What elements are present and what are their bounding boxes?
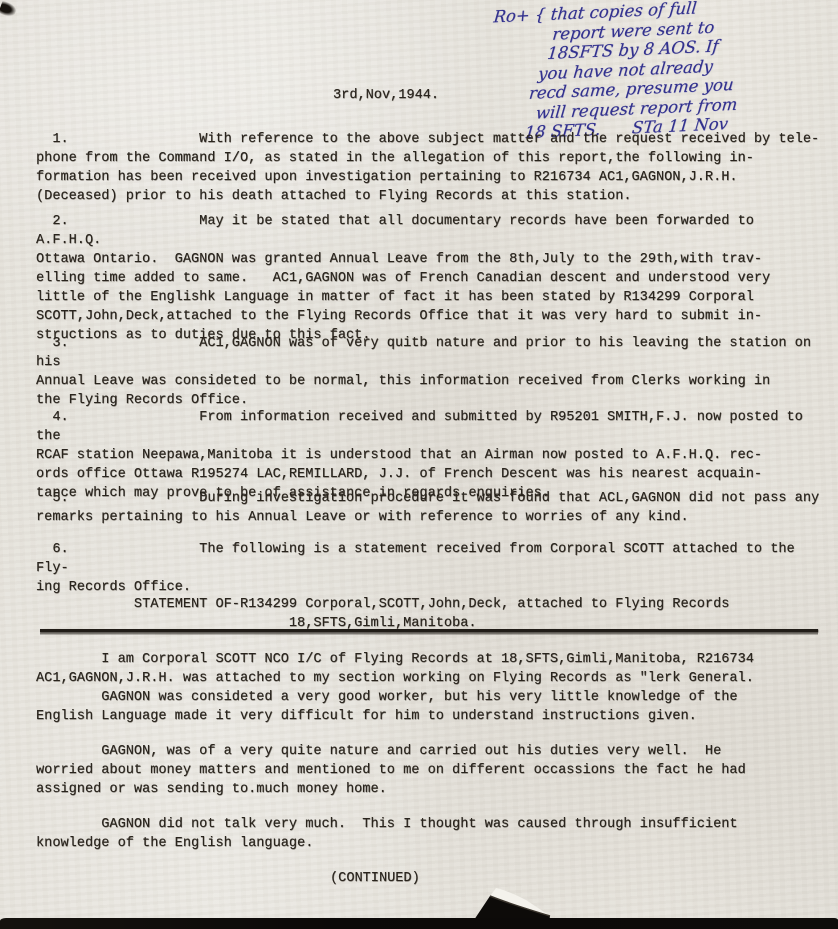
- statement-divider-rule: [40, 629, 818, 632]
- typed-paragraph-2: 2. May it be stated that all documentary…: [36, 212, 824, 345]
- scanned-document-page: Ro+ { that copies of full report were se…: [0, 0, 838, 929]
- continued-footer: (CONTINUED): [330, 869, 420, 888]
- scan-edge-bar: [0, 918, 838, 929]
- typed-date: 3rd,Nov,1944.: [333, 86, 439, 105]
- typed-paragraph-5: 5. During investigation procedure it was…: [36, 489, 824, 527]
- statement-paragraph-3: GAGNON did not talk very much. This I th…: [36, 815, 824, 853]
- statement-heading: STATEMENT OF-R134299 Corporal,SCOTT,John…: [36, 595, 824, 633]
- handwritten-annotation: Ro+ { that copies of full report were se…: [489, 0, 835, 144]
- typed-paragraph-1: 1. With reference to the above subject m…: [36, 130, 824, 206]
- statement-paragraph-2: GAGNON, was of a very quite nature and c…: [36, 742, 824, 799]
- scan-corner-ink-speck: [0, 1, 18, 19]
- typed-paragraph-3: 3. AC1,GAGNON was of very quitb nature a…: [36, 334, 824, 410]
- statement-paragraph-1: I am Corporal SCOTT NCO I/C of Flying Re…: [36, 650, 824, 726]
- typed-paragraph-6: 6. The following is a statement received…: [36, 540, 824, 597]
